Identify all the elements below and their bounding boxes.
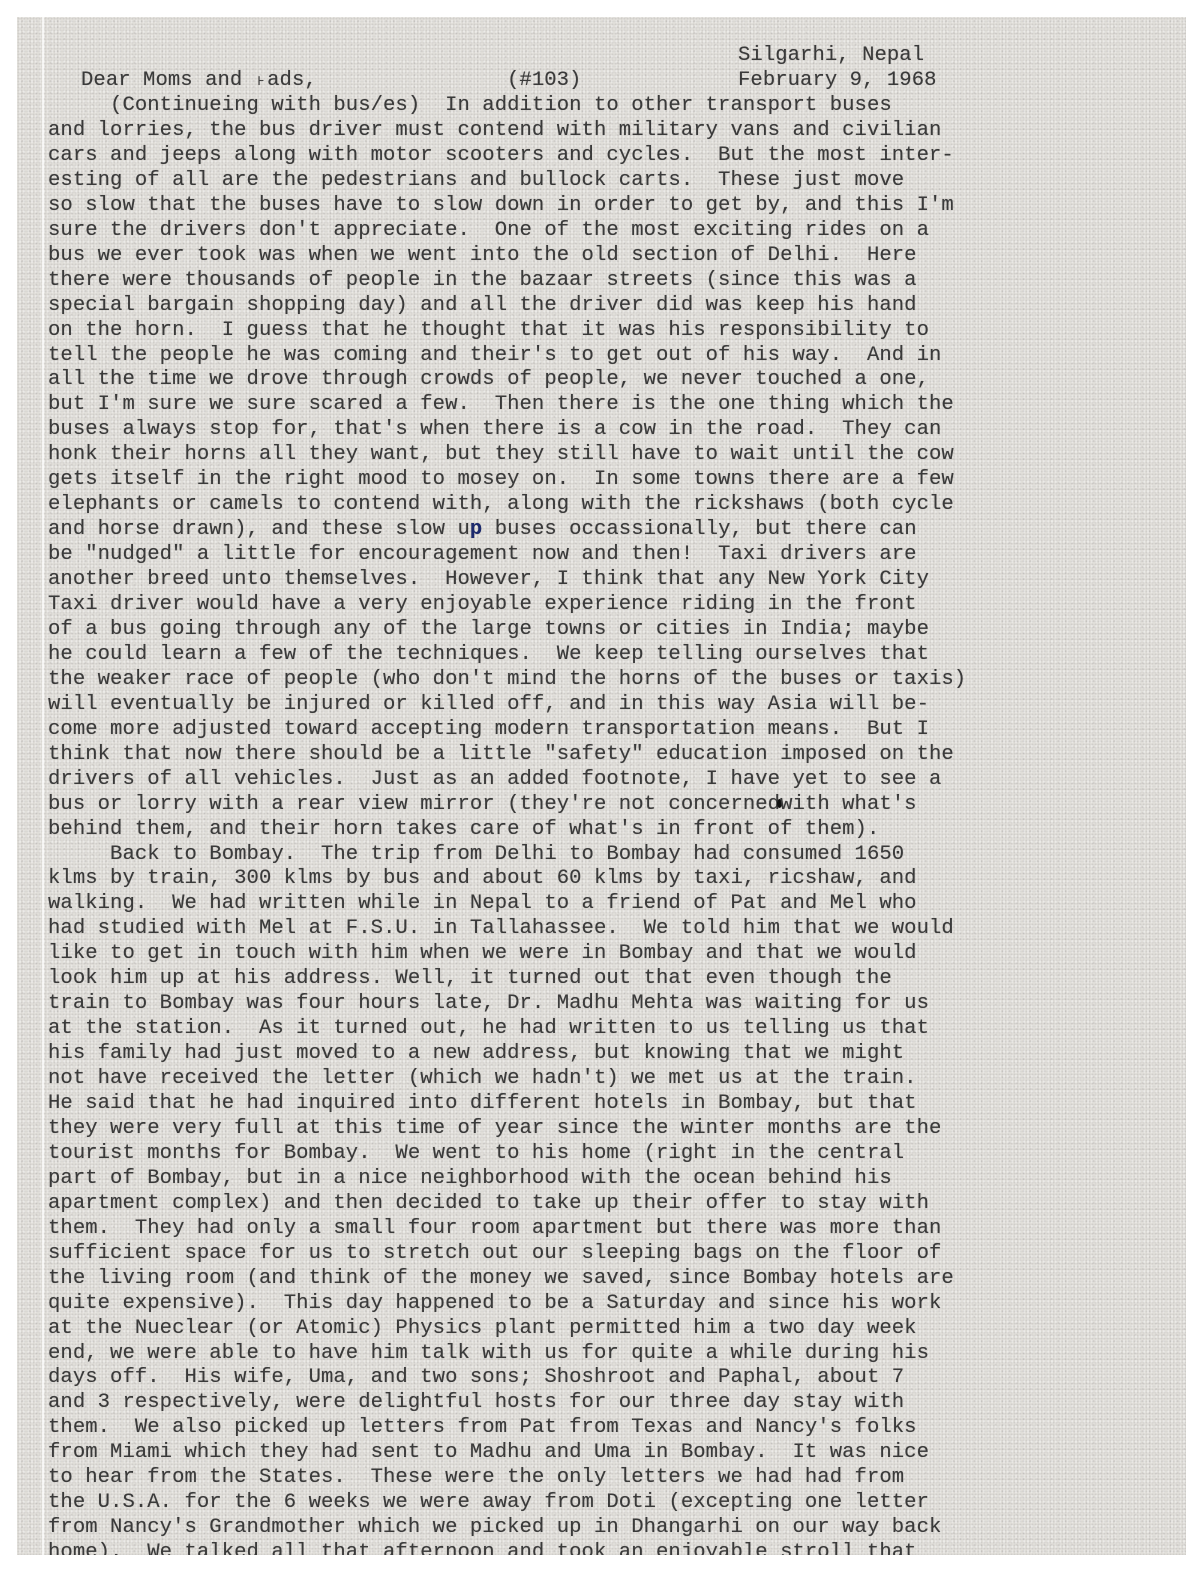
letter-line: cars and jeeps along with motor scooters… bbox=[48, 144, 954, 167]
letter-line: He said that he had inquired into differ… bbox=[48, 1092, 917, 1115]
letter-line: and horse drawn), and these slow up buse… bbox=[48, 518, 917, 541]
letter-line: to hear from the States. These were the … bbox=[48, 1466, 904, 1489]
letter-line: look him up at his address. Well, it tur… bbox=[48, 967, 892, 990]
letter-line: them. They had only a small four room ap… bbox=[48, 1217, 941, 1240]
letter-line: his family had just moved to a new addre… bbox=[48, 1042, 904, 1065]
letter-line: apartment complex) and then decided to t… bbox=[48, 1192, 929, 1215]
letter-line: like to get in touch with him when we we… bbox=[48, 942, 917, 965]
letter-line: tell the people he was coming and their'… bbox=[48, 344, 941, 367]
letter-line: and lorries, the bus driver must contend… bbox=[48, 119, 941, 142]
letter-line: the weaker race of people (who don't min… bbox=[48, 668, 966, 691]
letter-line: drivers of all vehicles. Just as an adde… bbox=[48, 768, 941, 791]
letter-line: come more adjusted toward accepting mode… bbox=[48, 718, 929, 741]
letter-line: quite expensive). This day happened to b… bbox=[48, 1292, 941, 1315]
letter-line: end, we were able to have him talk with … bbox=[48, 1342, 929, 1365]
letter-line: klms by train, 300 klms by bus and about… bbox=[48, 867, 917, 890]
letter-page: Silgarhi, Nepal Dear Moms and ˫ads, (#10… bbox=[17, 17, 1186, 1555]
letter-place: Silgarhi, Nepal bbox=[738, 44, 924, 67]
letter-line: not have received the letter (which we h… bbox=[48, 1067, 917, 1090]
letter-line: elephants or camels to contend with, alo… bbox=[48, 493, 954, 516]
typed-letter: Silgarhi, Nepal Dear Moms and ˫ads, (#10… bbox=[48, 17, 98, 224]
letter-line: had studied with Mel at F.S.U. in Tallah… bbox=[48, 917, 954, 940]
letter-line: the U.S.A. for the 6 weeks we were away … bbox=[48, 1491, 929, 1514]
letter-line: so slow that the buses have to slow down… bbox=[48, 194, 954, 217]
letter-line: from Miami which they had sent to Madhu … bbox=[48, 1441, 929, 1464]
letter-salutation: Dear Moms and ˫ads, bbox=[81, 69, 317, 92]
letter-line: the living room (and think of the money … bbox=[48, 1267, 954, 1290]
letter-line: be "nudged" a little for encouragement n… bbox=[48, 543, 917, 566]
letter-line: from Nancy's Grandmother which we picked… bbox=[48, 1516, 941, 1539]
letter-line: will eventually be injured or killed off… bbox=[48, 693, 929, 716]
letter-line: special bargain shopping day) and all th… bbox=[48, 294, 917, 317]
letter-line: on the horn. I guess that he thought tha… bbox=[48, 319, 929, 342]
letter-line: think that now there should be a little … bbox=[48, 743, 954, 766]
letter-number: (#103) bbox=[507, 69, 581, 92]
letter-line: sufficient space for us to stretch out o… bbox=[48, 1242, 941, 1265]
letter-line: sure the drivers don't appreciate. One o… bbox=[48, 219, 929, 242]
letter-line: they were very full at this time of year… bbox=[48, 1117, 941, 1140]
letter-line: Taxi driver would have a very enjoyable … bbox=[48, 593, 917, 616]
letter-date: February 9, 1968 bbox=[738, 69, 937, 92]
letter-line: (Continueing with bus/es) In addition to… bbox=[48, 94, 892, 117]
letter-line: train to Bombay was four hours late, Dr.… bbox=[48, 992, 929, 1015]
letter-line: days off. His wife, Uma, and two sons; S… bbox=[48, 1366, 904, 1389]
letter-line: Back to Bombay. The trip from Delhi to B… bbox=[48, 843, 904, 866]
letter-line: and 3 respectively, were delightful host… bbox=[48, 1391, 904, 1414]
letter-line: buses always stop for, that's when there… bbox=[48, 418, 941, 441]
letter-line: he could learn a few of the techniques. … bbox=[48, 643, 929, 666]
letter-line: of a bus going through any of the large … bbox=[48, 618, 929, 641]
letter-line: bus or lorry with a rear view mirror (th… bbox=[48, 793, 917, 816]
handwritten-correction: p bbox=[470, 518, 482, 541]
letter-line: gets itself in the right mood to mosey o… bbox=[48, 468, 954, 491]
letter-line: esting of all are the pedestrians and bu… bbox=[48, 169, 904, 192]
letter-line: them. We also picked up letters from Pat… bbox=[48, 1416, 917, 1439]
letter-line: part of Bombay, but in a nice neighborho… bbox=[48, 1167, 892, 1190]
letter-line: another breed unto themselves. However, … bbox=[48, 568, 929, 591]
letter-line: at the Nueclear (or Atomic) Physics plan… bbox=[48, 1317, 917, 1340]
letter-line: home). We talked all that afternoon and … bbox=[48, 1541, 917, 1555]
letter-line: all the time we drove through crowds of … bbox=[48, 368, 929, 391]
paper-margin-line bbox=[42, 17, 44, 1555]
letter-line: at the station. As it turned out, he had… bbox=[48, 1017, 929, 1040]
letter-line: there were thousands of people in the ba… bbox=[48, 269, 917, 292]
letter-line: behind them, and their horn takes care o… bbox=[48, 818, 879, 841]
letter-line: walking. We had written while in Nepal t… bbox=[48, 892, 917, 915]
letter-line: honk their horns all they want, but they… bbox=[48, 443, 954, 466]
letter-line: tourist months for Bombay. We went to hi… bbox=[48, 1142, 904, 1165]
letter-line: bus we ever took was when we went into t… bbox=[48, 244, 917, 267]
letter-line: but I'm sure we sure scared a few. Then … bbox=[48, 393, 954, 416]
